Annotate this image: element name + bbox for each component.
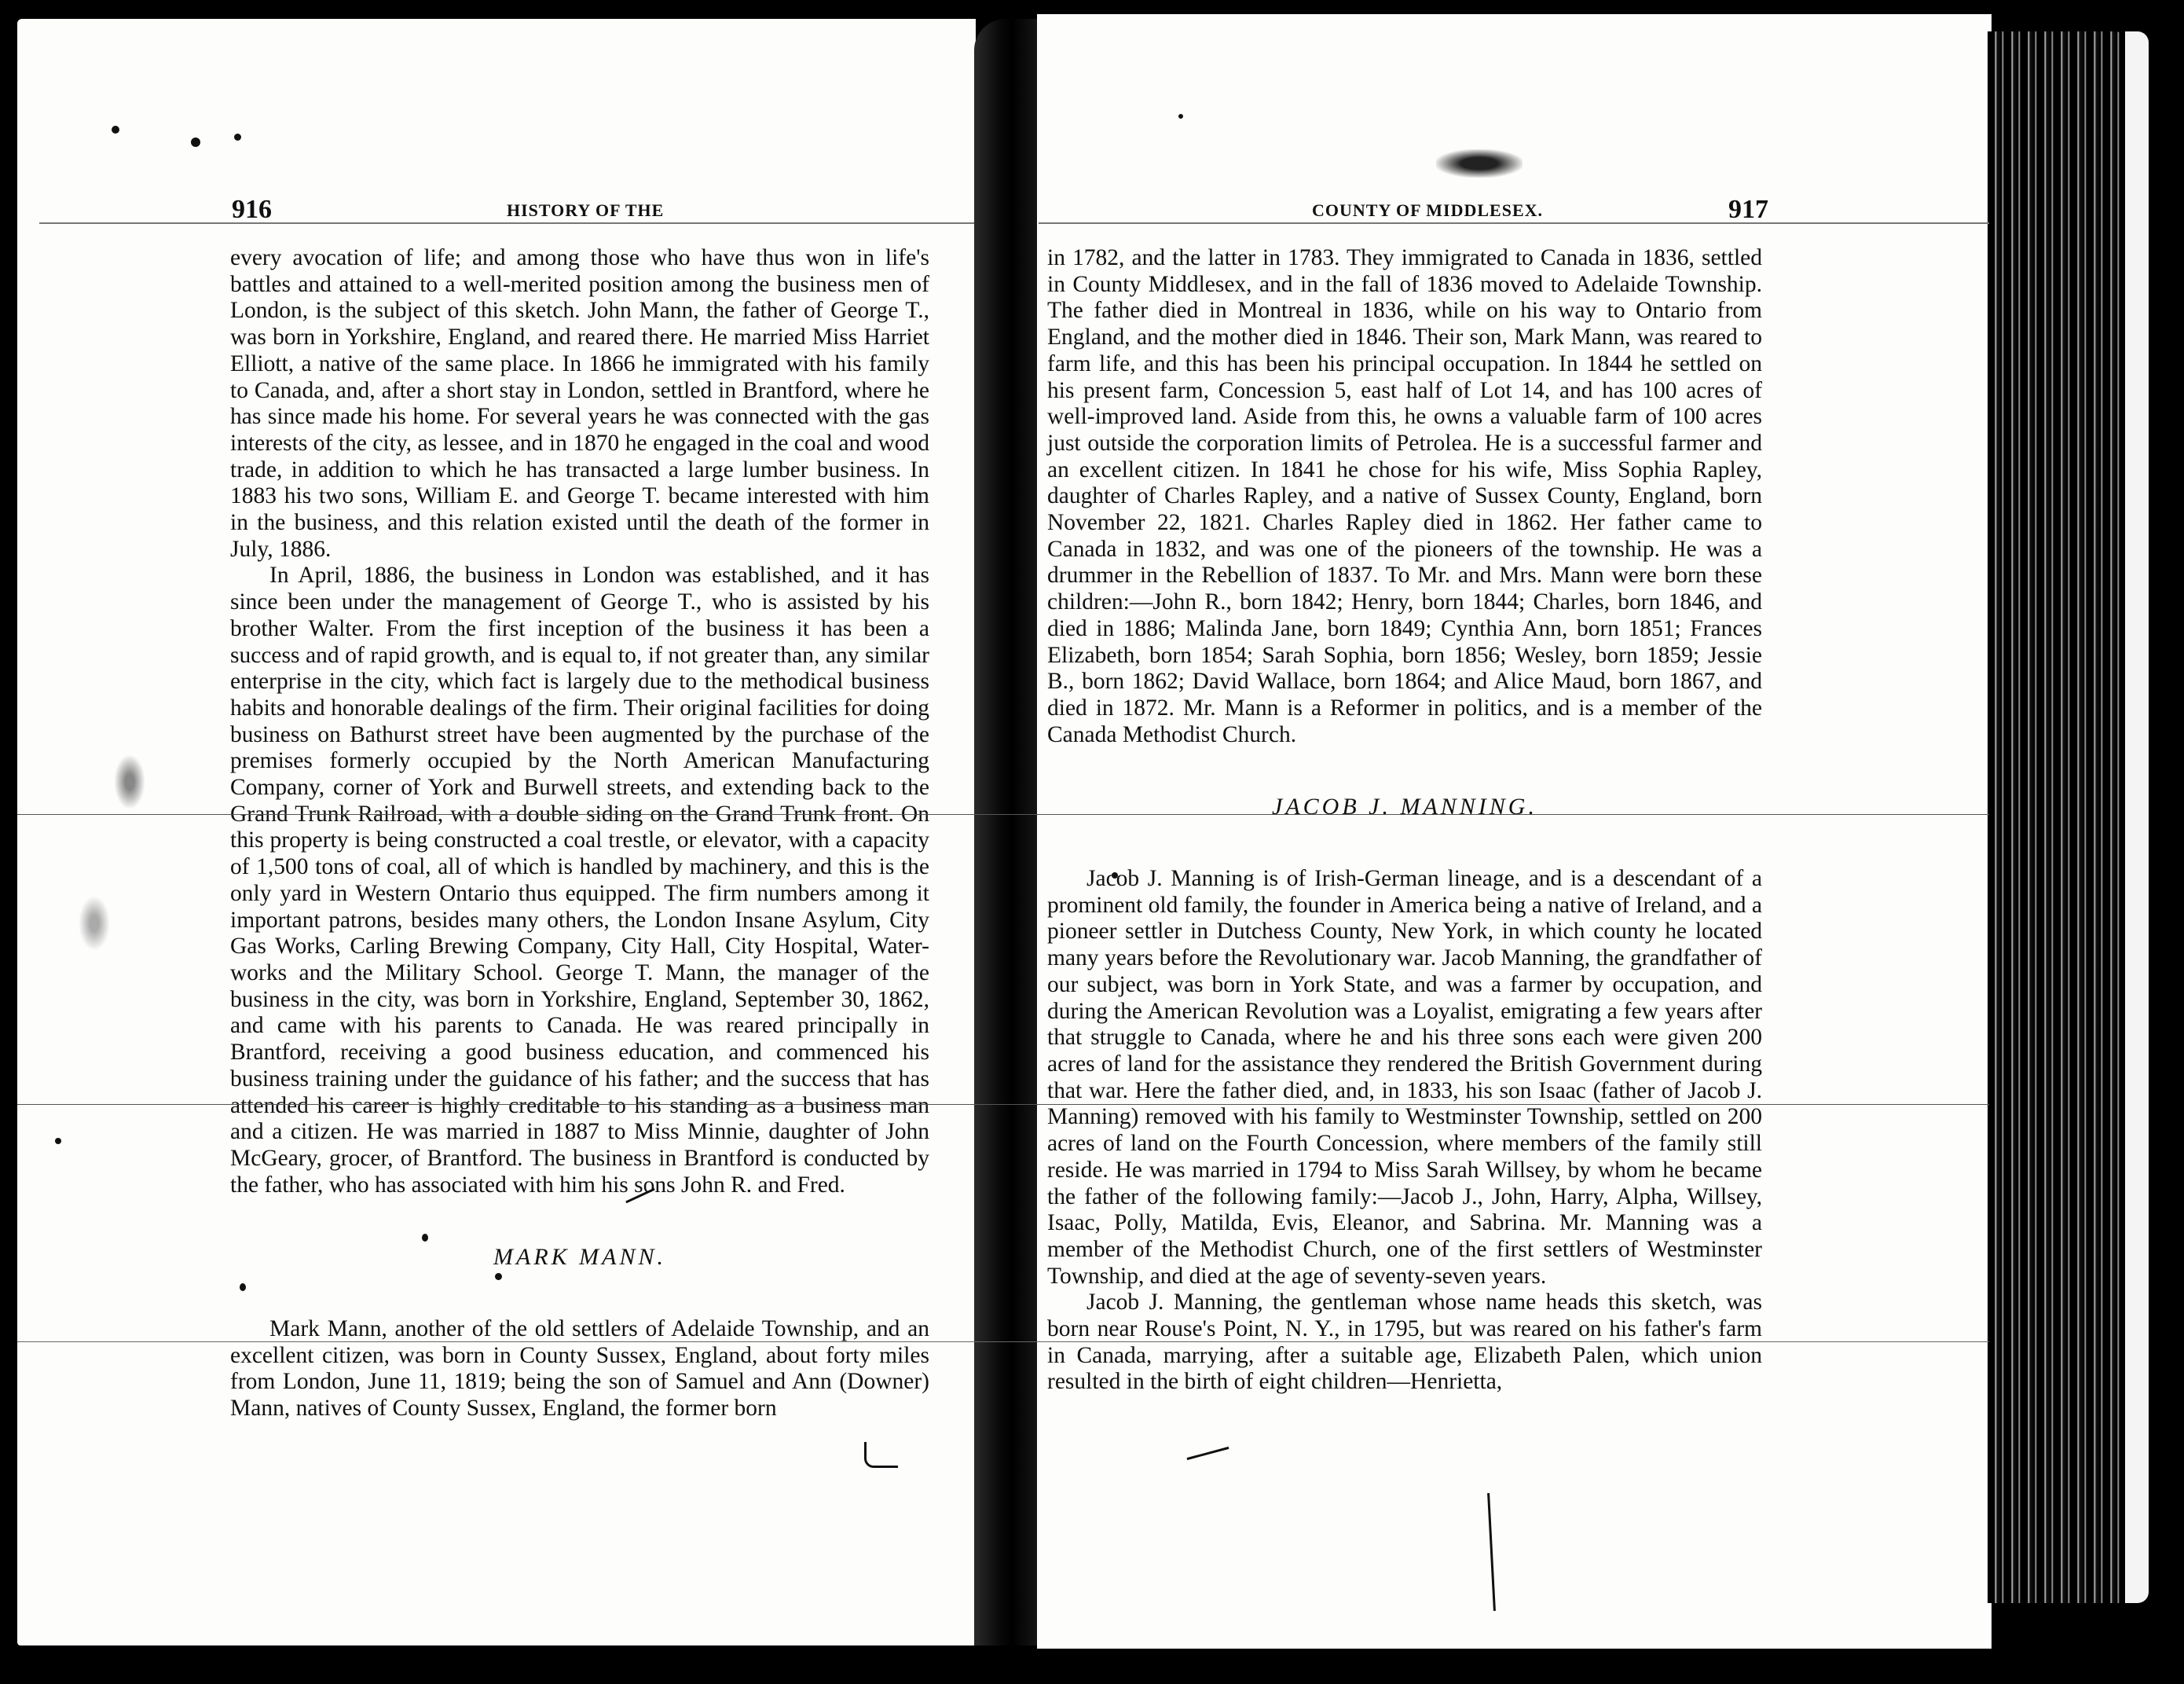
speck: [240, 1283, 246, 1291]
back-cover-edge: [2125, 31, 2149, 1603]
page-stack-edges: [1988, 31, 2129, 1603]
header-rule-right: [1039, 222, 1989, 224]
running-head-left: HISTORY OF THE: [507, 200, 664, 221]
paragraph: Jacob J. Manning is of Irish-German line…: [1047, 866, 1762, 1290]
ink-smudge: [114, 754, 145, 809]
pen-mark: [864, 1442, 898, 1468]
ink-smudge: [79, 896, 110, 951]
book-gutter: [974, 19, 1037, 1645]
page-number-right: 917: [1728, 195, 1768, 225]
page-number-left: 916: [232, 195, 272, 225]
right-column: in 1782, and the latter in 1783. They im…: [1047, 245, 1762, 1396]
section-heading-mark-mann: Mark Mann.: [230, 1244, 929, 1271]
speck: [234, 134, 241, 141]
running-head-right: COUNTY OF MIDDLESEX.: [1312, 200, 1543, 221]
scan-line-artifact: [17, 1341, 1989, 1342]
left-column: every avocation of life; and among those…: [230, 245, 929, 1422]
paragraph: Jacob J. Manning, the gentleman whose na…: [1047, 1290, 1762, 1396]
paragraph: every avocation of life; and among those…: [230, 245, 929, 563]
paragraph: Mark Mann, another of the old settlers o…: [230, 1316, 929, 1422]
speck: [495, 1273, 502, 1280]
section-heading-jacob-manning: Jacob J. Manning.: [1047, 794, 1762, 820]
paragraph: In April, 1886, the business in London w…: [230, 563, 929, 1198]
speck: [55, 1138, 61, 1144]
header-rule-left: [39, 222, 974, 224]
ink-smudge: [1436, 149, 1523, 178]
scan-line-artifact: [17, 814, 1989, 815]
speck: [422, 1234, 428, 1242]
speck: [191, 138, 200, 147]
paragraph: in 1782, and the latter in 1783. They im…: [1047, 245, 1762, 748]
speck: [1178, 114, 1183, 119]
scan-line-artifact: [17, 1104, 1989, 1105]
speck: [1112, 872, 1118, 879]
speck: [112, 126, 119, 134]
